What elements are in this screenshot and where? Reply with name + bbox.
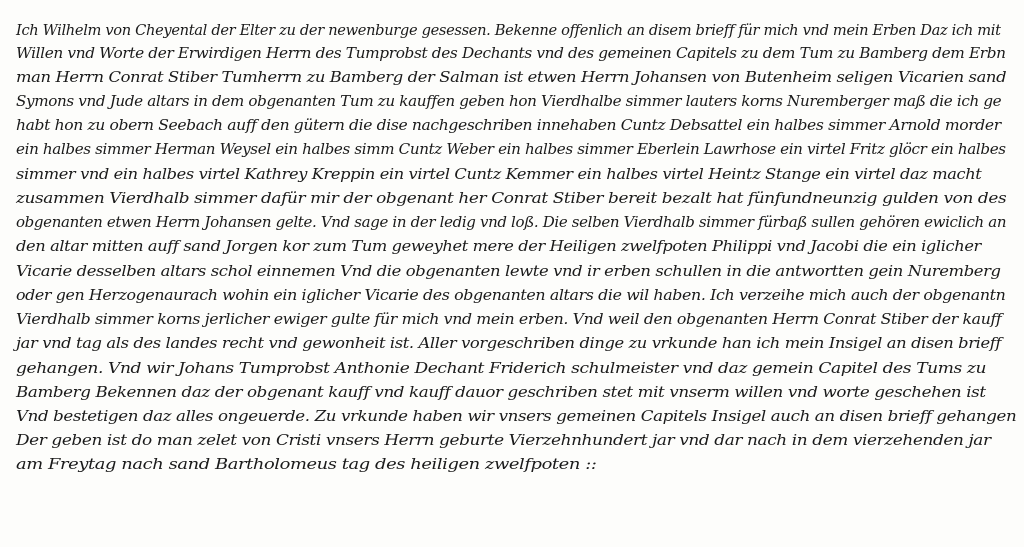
manuscript-line-7: simmer vnd ein halbes virtel Kathrey Kre… [16, 164, 981, 184]
manuscript-line-17: Vnd bestetigen daz alles ongeuerde. Zu v… [16, 406, 1016, 426]
manuscript-line-12: oder gen Herzogenaurach wohin ein iglich… [16, 285, 1005, 305]
manuscript-line-9: obgenanten etwen Herrn Johansen gelte. V… [16, 212, 1006, 232]
manuscript-line-2: Willen vnd Worte der Erwirdigen Herrn de… [16, 43, 1006, 63]
manuscript-line-19: am Freytag nach sand Bartholomeus tag de… [16, 454, 596, 474]
manuscript-line-4: Symons vnd Jude altars in dem obgenanten… [16, 91, 1001, 111]
manuscript-line-1: Ich Wilhelm von Cheyental der Elter zu d… [16, 20, 1001, 40]
manuscript-line-6: ein halbes simmer Herman Weysel ein halb… [16, 139, 1006, 159]
manuscript-line-8: zusammen Vierdhalb simmer dafür mir der … [16, 188, 1006, 208]
manuscript-line-14: jar vnd tag als des landes recht vnd gew… [16, 333, 1001, 353]
manuscript-line-11: Vicarie desselben altars schol einnemen … [16, 261, 1001, 281]
document-page: Ich Wilhelm von Cheyental der Elter zu d… [0, 0, 1024, 547]
manuscript-line-16: Bamberg Bekennen daz der obgenant kauff … [16, 382, 986, 402]
manuscript-line-3: man Herrn Conrat Stiber Tumherrn zu Bamb… [16, 67, 1006, 87]
manuscript-line-15: gehangen. Vnd wir Johans Tumprobst Antho… [16, 358, 986, 378]
manuscript-line-13: Vierdhalb simmer korns jerlicher ewiger … [16, 309, 1001, 329]
manuscript-line-18: Der geben ist do man zelet von Cristi vn… [16, 430, 991, 450]
manuscript-line-5: habt hon zu obern Seebach auff den güter… [16, 115, 1001, 135]
manuscript-line-10: den altar mitten auff sand Jorgen kor zu… [16, 236, 981, 256]
